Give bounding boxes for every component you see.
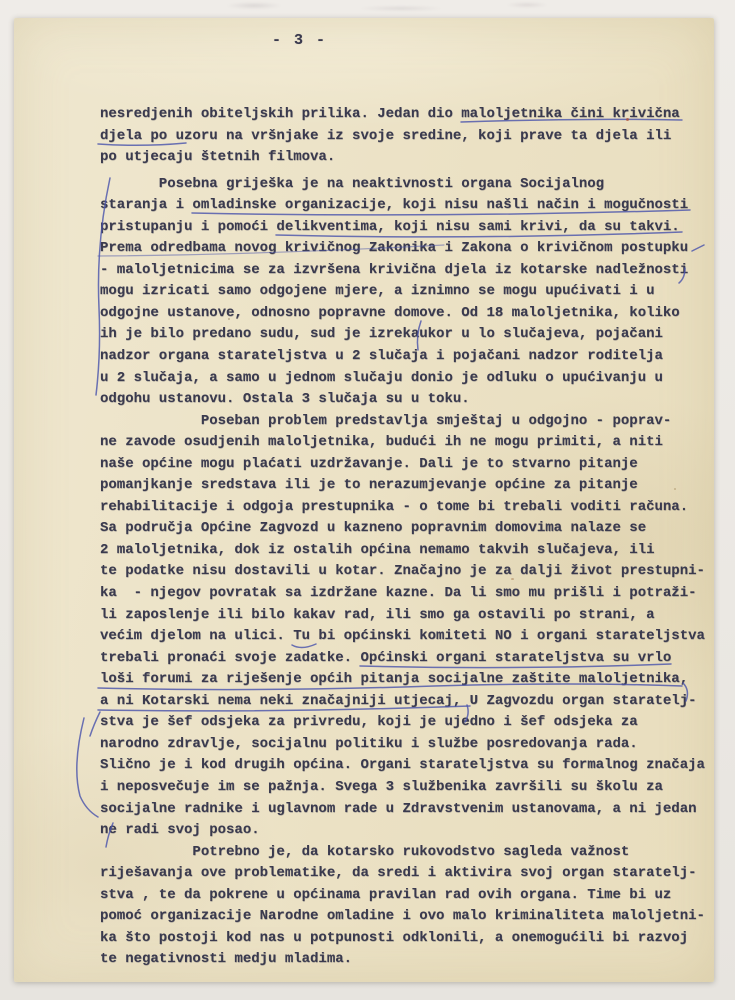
typewritten-line: pomanjkanje sredstava ili je to nerazumj… — [100, 475, 728, 497]
typewritten-line: odgohu ustanovu. Ostala 3 slučaja su u t… — [100, 389, 728, 411]
page-number: - 3 - — [272, 32, 392, 49]
typewritten-line: većim djelom na ulici. Tu bi općinski ko… — [100, 626, 728, 648]
typewritten-line: ih je bilo predano sudu, sud je izrekauk… — [100, 324, 728, 346]
typewritten-line: ka - njegov povratak sa izdržane kazne. … — [100, 583, 728, 605]
typewritten-line: djela po uzoru na vršnjake iz svoje sred… — [100, 126, 728, 148]
typewritten-line: trebali pronaći svoje zadatke. Općinski … — [100, 648, 728, 670]
typewritten-line: pomoć organizacije Narodne omladine i ov… — [100, 906, 728, 928]
typewritten-line: Prema odredbama novog krivičnog Zakonika… — [100, 238, 728, 260]
typewritten-line: odgojne ustanove, odnosno popravne domov… — [100, 303, 728, 325]
typewritten-line: socijalne radnike i uglavnom rade u Zdra… — [100, 799, 728, 821]
typewritten-line: Sa područja Općine Zagvozd u kazneno pop… — [100, 518, 728, 540]
paper-speck — [626, 118, 629, 121]
typewritten-line: staranja i omladinske organizacije, koji… — [100, 195, 728, 217]
typewritten-line: 2 maloljetnika, dok iz ostalih općina ne… — [100, 540, 728, 562]
typewritten-line: rehabilitacije i odgoja prestupnika - o … — [100, 497, 728, 519]
typewritten-line: loši forumi za riješenje općih pitanja s… — [100, 669, 728, 691]
typewritten-line: Posebna griješka je na neaktivnosti orga… — [100, 174, 728, 196]
typewritten-line: nesredjenih obiteljskih prilika. Jedan d… — [100, 104, 728, 126]
ink-transfer-smudges — [170, 0, 590, 14]
typewritten-line: Poseban problem predstavlja smještaj u o… — [100, 411, 728, 433]
typewritten-line: mogu izricati samo odgojene mjere, a izn… — [100, 281, 728, 303]
typewritten-line: te podatke nisu dostavili u kotar. Znača… — [100, 561, 728, 583]
typewritten-line: stva je šef odsjeka za privredu, koji je… — [100, 712, 728, 734]
typewritten-line: pristupanju i pomoći delikventima, koji … — [100, 217, 728, 239]
typewritten-line: po utjecaju štetnih filmova. — [100, 147, 728, 169]
pen-margin-line-paragraph3 — [77, 718, 98, 817]
typewritten-line: Potrebno je, da kotarsko rukovodstvo sag… — [100, 842, 728, 864]
typewritten-line: ka što postoji kod nas u potpunosti odkl… — [100, 928, 728, 950]
typewritten-line: a ni Kotarski nema neki značajniji utjec… — [100, 691, 728, 713]
typewritten-line: nadzor organa starateljstva u 2 slučaja … — [100, 346, 728, 368]
typewritten-line: i neposvečuje im se pažnja. Svega 3 služ… — [100, 777, 728, 799]
typewritten-line: ne zavode osudjenih maloljetnika, budući… — [100, 432, 728, 454]
pen-slash-stva — [90, 712, 100, 736]
paper-speck — [228, 318, 230, 320]
typewritten-line: u 2 slučaja, a samo u jednom slučaju don… — [100, 368, 728, 390]
typewritten-line: narodno zdravlje, socijalnu politiku i s… — [100, 734, 728, 756]
paper-sheet: - 3 - nesredjenih obiteljskih prilika. J… — [14, 18, 714, 982]
typewritten-line: li zaposlenje ili bilo kakav rad, ili sm… — [100, 605, 728, 627]
typewritten-line: te negativnosti medju mladima. — [100, 949, 728, 971]
typewritten-line: stva , te da pokrene u općinama pravilan… — [100, 885, 728, 907]
typewritten-text: nesredjenih obiteljskih prilika. Jedan d… — [100, 104, 728, 971]
typewritten-line: - maloljetnicima se za izvršena krivična… — [100, 260, 728, 282]
paper-speck — [674, 488, 676, 490]
typewritten-line: riješavanja ove problematike, da sredi i… — [100, 863, 728, 885]
typewritten-line: naše općine mogu plaćati uzdržavanje. Da… — [100, 454, 728, 476]
typewritten-line: Slično je i kod drugih općina. Organi st… — [100, 755, 728, 777]
typewritten-line: ne radi svoj posao. — [100, 820, 728, 842]
paper-speck — [511, 578, 514, 580]
